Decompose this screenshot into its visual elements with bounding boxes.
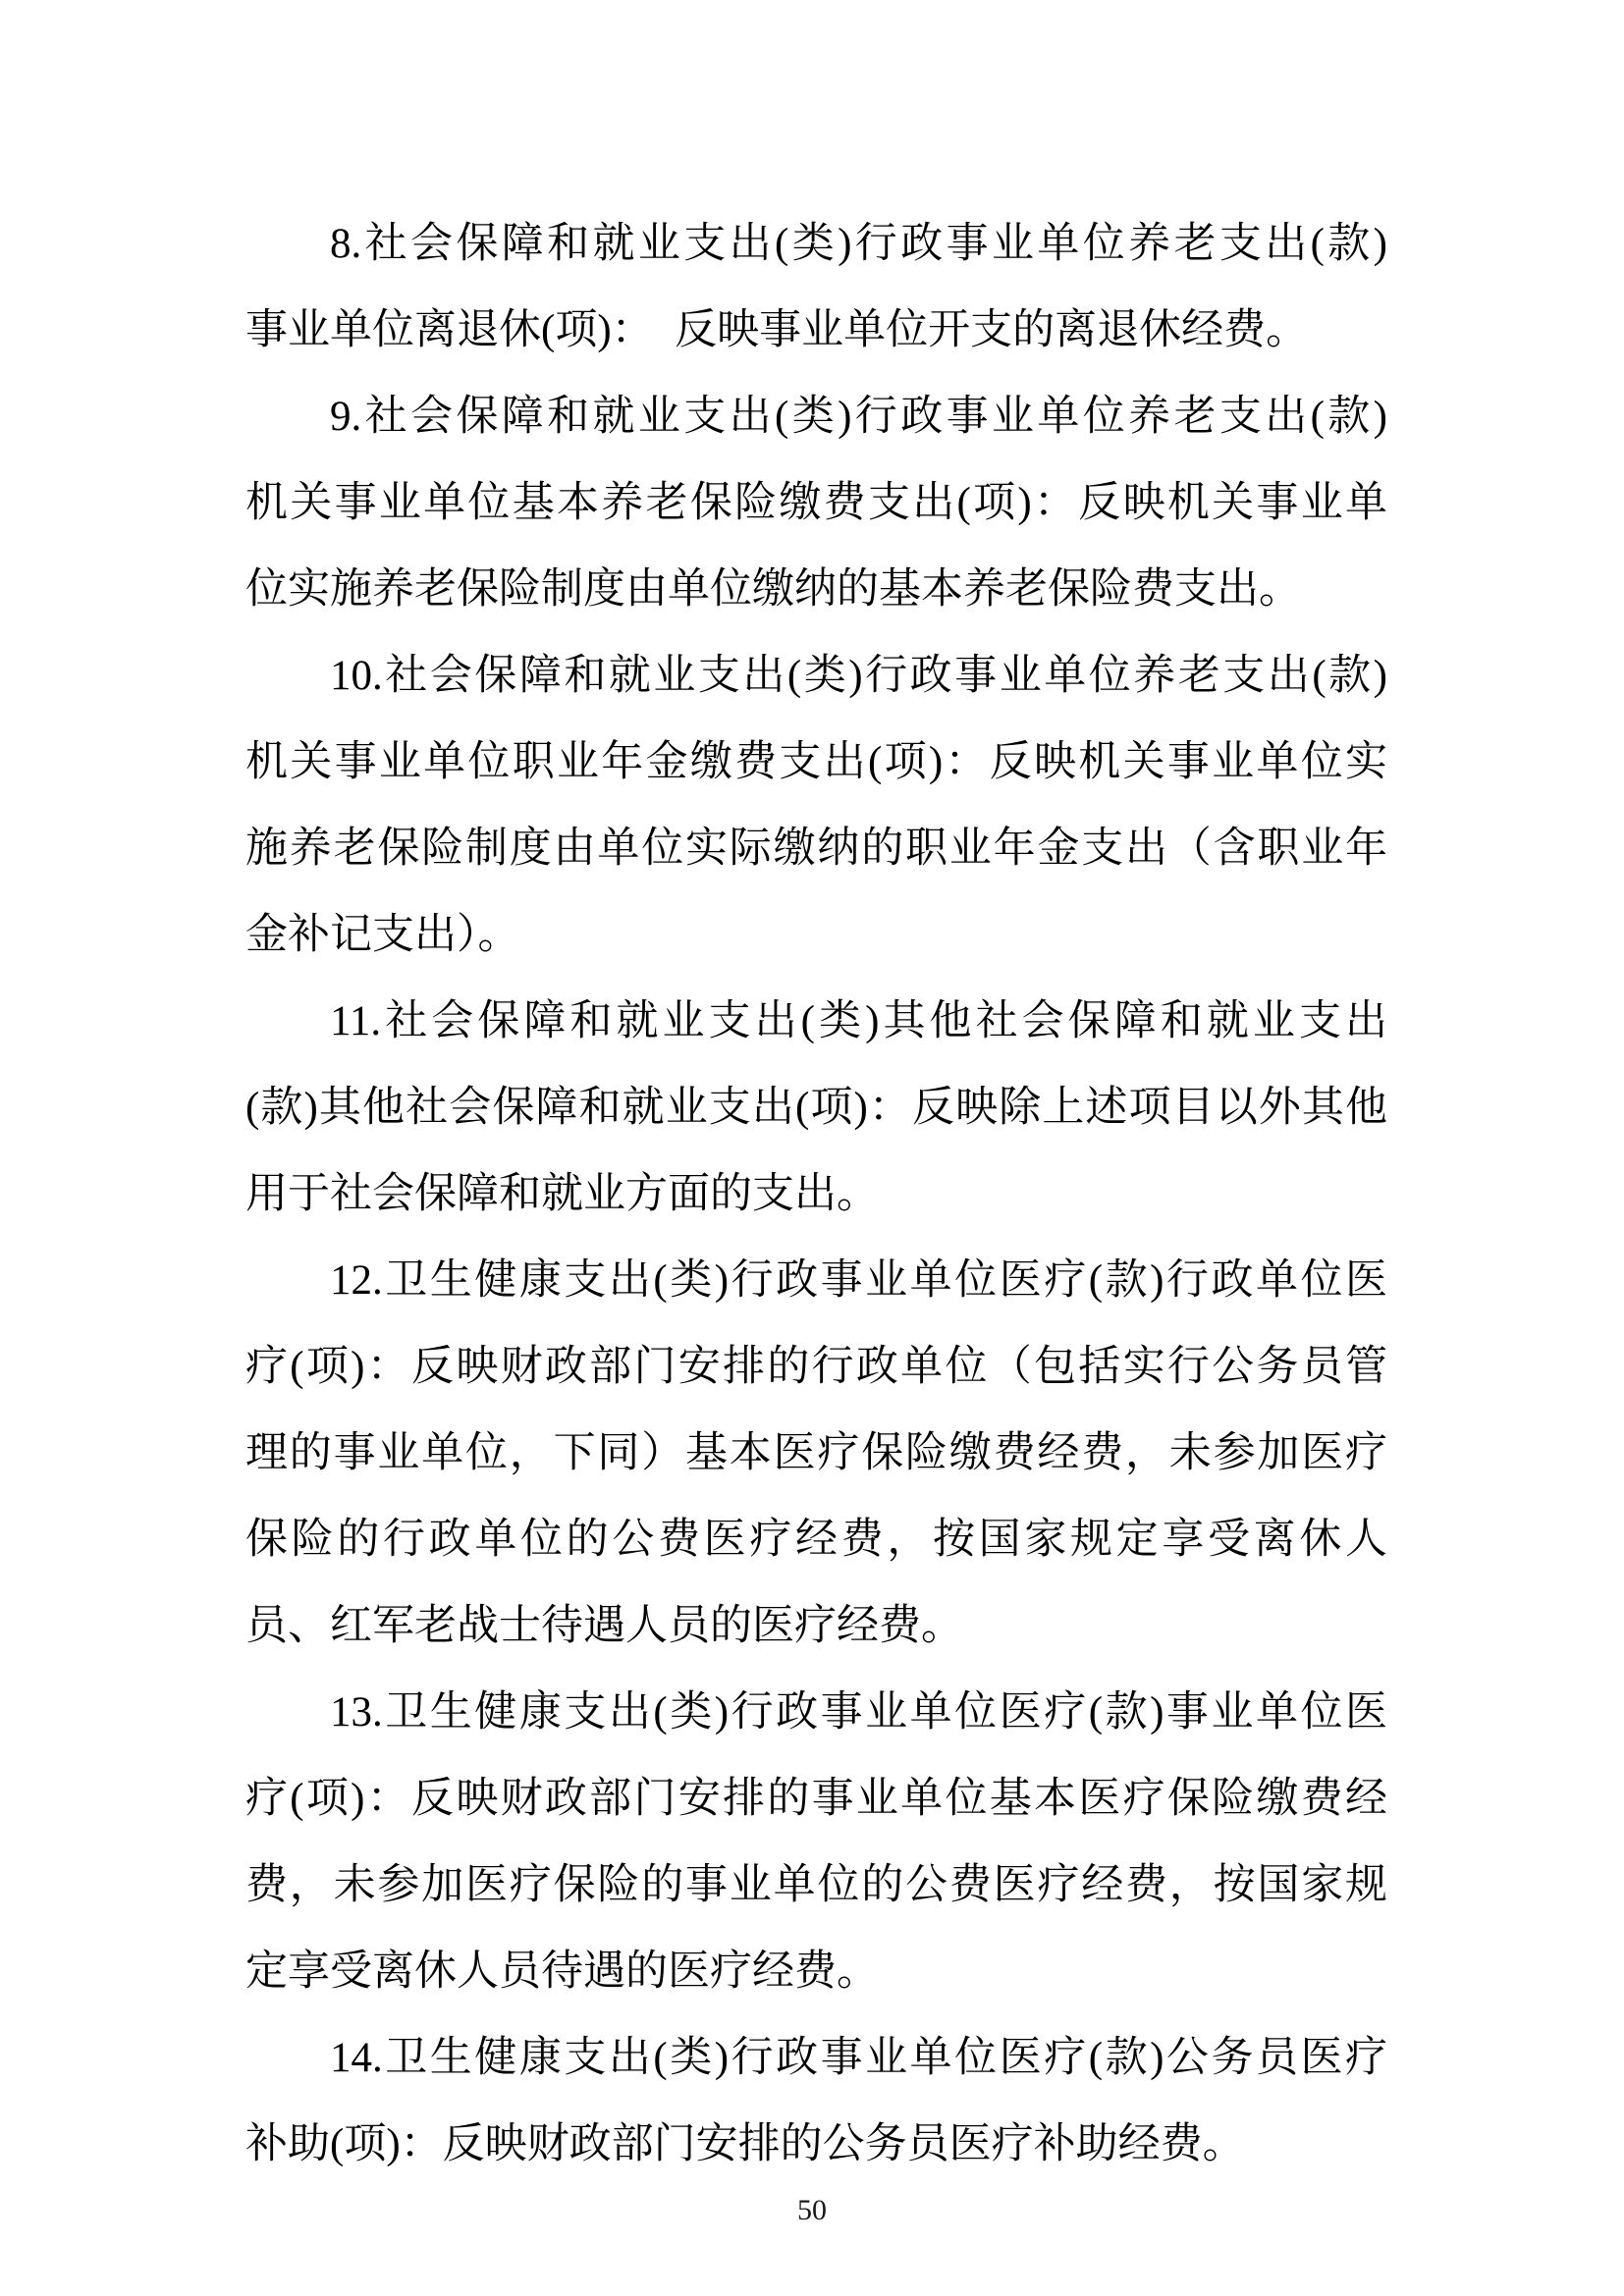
document-body: 8.社会保障和就业支出(类)行政事业单位养老支出(款)事业单位离退休(项)： 反… bbox=[245, 201, 1387, 2188]
paragraph-line: 定享受离休人员待遇的医疗经费。 bbox=[245, 1929, 1387, 2015]
paragraph-10: 10.社会保障和就业支出(类)行政事业单位养老支出(款)机关事业单位职业年金缴费… bbox=[245, 633, 1387, 979]
paragraph-line: 9.社会保障和就业支出(类)行政事业单位养老支出(款) bbox=[245, 374, 1387, 460]
paragraph-line: 疗(项)：反映财政部门安排的事业单位基本医疗保险缴费经 bbox=[245, 1756, 1387, 1842]
paragraph-line: 12.卫生健康支出(类)行政事业单位医疗(款)行政单位医 bbox=[245, 1238, 1387, 1324]
paragraph-line: 员、红军老战士待遇人员的医疗经费。 bbox=[245, 1583, 1387, 1670]
page-number: 50 bbox=[0, 2191, 1624, 2230]
paragraph-line: 11.社会保障和就业支出(类)其他社会保障和就业支出 bbox=[245, 979, 1387, 1065]
document-page: 8.社会保障和就业支出(类)行政事业单位养老支出(款)事业单位离退休(项)： 反… bbox=[0, 0, 1624, 2296]
paragraph-14: 14.卫生健康支出(类)行政事业单位医疗(款)公务员医疗补助(项)：反映财政部门… bbox=[245, 2015, 1387, 2188]
paragraph-line: 用于社会保障和就业方面的支出。 bbox=[245, 1151, 1387, 1238]
paragraph-line: 施养老保险制度由单位实际缴纳的职业年金支出（含职业年 bbox=[245, 806, 1387, 892]
paragraph-line: 14.卫生健康支出(类)行政事业单位医疗(款)公务员医疗 bbox=[245, 2015, 1387, 2102]
paragraph-line: 金补记支出）。 bbox=[245, 892, 1387, 979]
paragraph-13: 13.卫生健康支出(类)行政事业单位医疗(款)事业单位医疗(项)：反映财政部门安… bbox=[245, 1670, 1387, 2015]
paragraph-11: 11.社会保障和就业支出(类)其他社会保障和就业支出(款)其他社会保障和就业支出… bbox=[245, 979, 1387, 1238]
paragraph-line: 位实施养老保险制度由单位缴纳的基本养老保险费支出。 bbox=[245, 547, 1387, 633]
paragraph-line: 理的事业单位，下同）基本医疗保险缴费经费，未参加医疗 bbox=[245, 1411, 1387, 1497]
paragraph-line: 13.卫生健康支出(类)行政事业单位医疗(款)事业单位医 bbox=[245, 1670, 1387, 1756]
paragraph-line: 10.社会保障和就业支出(类)行政事业单位养老支出(款) bbox=[245, 633, 1387, 720]
paragraph-9: 9.社会保障和就业支出(类)行政事业单位养老支出(款)机关事业单位基本养老保险缴… bbox=[245, 374, 1387, 633]
paragraph-line: 事业单位离退休(项)： 反映事业单位开支的离退休经费。 bbox=[245, 288, 1387, 374]
paragraph-line: 保险的行政单位的公费医疗经费，按国家规定享受离休人 bbox=[245, 1497, 1387, 1583]
paragraph-8: 8.社会保障和就业支出(类)行政事业单位养老支出(款)事业单位离退休(项)： 反… bbox=[245, 201, 1387, 374]
paragraph-line: 机关事业单位基本养老保险缴费支出(项)：反映机关事业单 bbox=[245, 460, 1387, 547]
paragraph-line: (款)其他社会保障和就业支出(项)：反映除上述项目以外其他 bbox=[245, 1065, 1387, 1151]
paragraph-line: 费，未参加医疗保险的事业单位的公费医疗经费，按国家规 bbox=[245, 1842, 1387, 1929]
paragraph-line: 机关事业单位职业年金缴费支出(项)：反映机关事业单位实 bbox=[245, 720, 1387, 806]
paragraph-line: 疗(项)：反映财政部门安排的行政单位（包括实行公务员管 bbox=[245, 1324, 1387, 1411]
paragraph-12: 12.卫生健康支出(类)行政事业单位医疗(款)行政单位医疗(项)：反映财政部门安… bbox=[245, 1238, 1387, 1670]
paragraph-line: 8.社会保障和就业支出(类)行政事业单位养老支出(款) bbox=[245, 201, 1387, 288]
paragraph-line: 补助(项)：反映财政部门安排的公务员医疗补助经费。 bbox=[245, 2102, 1387, 2188]
